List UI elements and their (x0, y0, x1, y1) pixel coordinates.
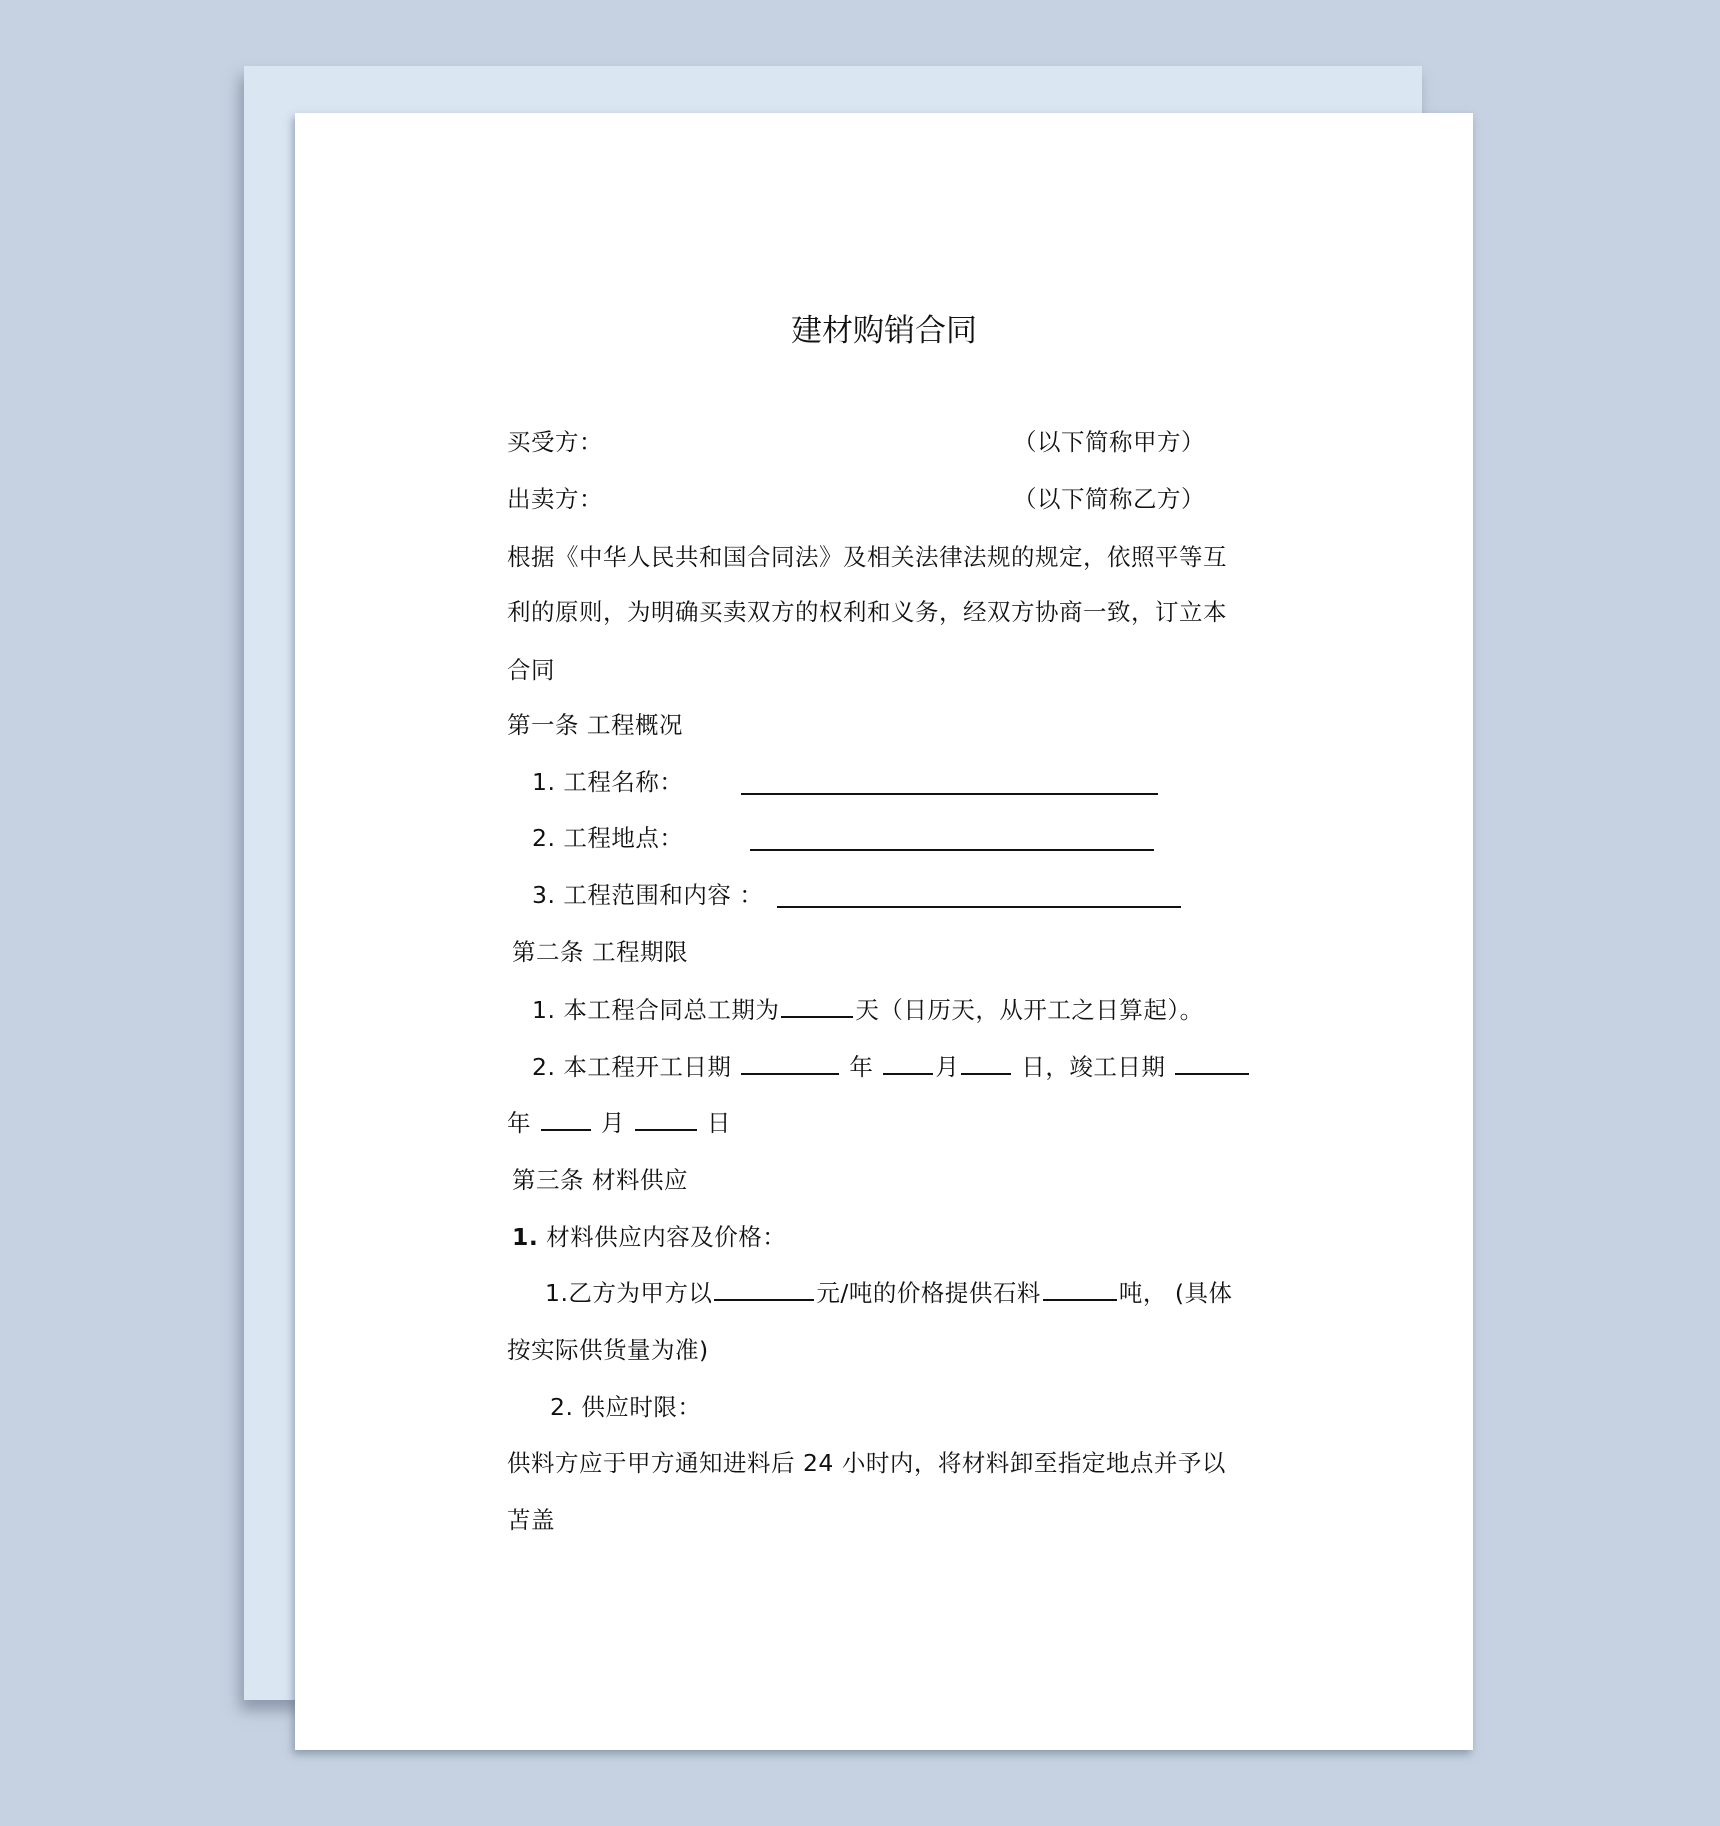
article-3-sub-1-item: 1.乙方为甲方以元/吨的价格提供石料吨， (具体 (545, 1276, 1232, 1310)
article-1-heading: 第一条 工程概况 (507, 708, 683, 742)
unit-price-blank[interactable] (714, 1277, 814, 1301)
article-2-heading: 第二条 工程期限 (512, 935, 688, 969)
preamble-line-1: 根据《中华人民共和国合同法》及相关法律法规的规定，依照平等互 (507, 540, 1227, 574)
article-1-item-2: 2. 工程地点： (532, 821, 683, 855)
supply-time-text-1: 供料方应于甲方通知进料后 24 小时内，将材料卸至指定地点并予以 (507, 1446, 1226, 1480)
buyer-label: 买受方： (507, 425, 603, 459)
day-label: 日 (707, 1109, 731, 1137)
item-prefix: 本工程合同总工期为 (563, 996, 779, 1024)
month-label: 月 (935, 1053, 959, 1081)
year-label: 年 (507, 1109, 531, 1137)
item-number: 2. (532, 1053, 555, 1081)
document-title: 建材购销合同 (295, 311, 1473, 351)
item-label: 工程范围和内容 ： (563, 881, 763, 909)
buyer-alias: （以下简称甲方） (1013, 425, 1205, 459)
item-label: 工程名称： (563, 768, 683, 796)
project-location-blank[interactable] (750, 849, 1154, 851)
quantity-blank[interactable] (1043, 1277, 1117, 1301)
preamble-line-2: 利的原则，为明确买卖双方的权利和义务，经双方协商一致，订立本 (507, 595, 1227, 629)
item-number: 2. (550, 1393, 573, 1421)
year-label: 年 (849, 1053, 873, 1081)
item-number: 3. (532, 881, 555, 909)
end-year-blank[interactable] (1175, 1051, 1249, 1075)
start-year-blank[interactable] (741, 1051, 839, 1075)
article-2-item-2-continued: 年 月 日 (507, 1106, 731, 1140)
item-suffix: 天（日历天，从开工之日算起）。 (855, 996, 1203, 1024)
item-number: 1. (545, 1279, 568, 1307)
item-number: 1. (512, 1223, 538, 1251)
item-middle: 元/吨的价格提供石料 (816, 1279, 1040, 1307)
article-2-item-1: 1. 本工程合同总工期为天（日历天，从开工之日算起）。 (532, 993, 1204, 1027)
article-3-heading: 第三条 材料供应 (512, 1163, 688, 1197)
seller-alias: （以下简称乙方） (1013, 482, 1205, 516)
item-suffix: 吨， (具体 (1119, 1279, 1233, 1307)
preamble-line-3: 合同 (507, 653, 555, 687)
project-name-blank[interactable] (741, 793, 1158, 795)
project-scope-blank[interactable] (777, 906, 1181, 908)
completion-date-label: 日，竣工日期 (1021, 1053, 1165, 1081)
month-label: 月 (601, 1109, 625, 1137)
article-2-item-2: 2. 本工程开工日期 年 月 日，竣工日期 (532, 1050, 1251, 1084)
article-1-item-1: 1. 工程名称： (532, 765, 683, 799)
seller-label: 出卖方： (507, 482, 603, 516)
document-page: 建材购销合同 买受方： （以下简称甲方） 出卖方： （以下简称乙方） 根据《中华… (295, 113, 1473, 1750)
item-number: 1. (532, 996, 555, 1024)
item-prefix: 乙方为甲方以 (568, 1279, 712, 1307)
item-number: 2. (532, 824, 555, 852)
item-label: 工程地点： (563, 824, 683, 852)
supply-time-text-2: 苫盖 (507, 1503, 555, 1537)
item-prefix: 本工程开工日期 (563, 1053, 731, 1081)
end-day-blank[interactable] (635, 1107, 697, 1131)
duration-days-blank[interactable] (781, 994, 853, 1018)
article-1-item-3: 3. 工程范围和内容 ： (532, 878, 763, 912)
item-label: 材料供应内容及价格： (546, 1223, 786, 1251)
start-day-blank[interactable] (961, 1051, 1011, 1075)
end-month-blank[interactable] (541, 1107, 591, 1131)
article-3-sub-1-continuation: 按实际供货量为准) (507, 1333, 709, 1367)
item-number: 1. (532, 768, 555, 796)
article-3-sub-2: 2. 供应时限： (550, 1390, 701, 1424)
item-label: 供应时限： (581, 1393, 701, 1421)
article-3-sub-1: 1. 材料供应内容及价格： (512, 1220, 786, 1254)
start-month-blank[interactable] (883, 1051, 933, 1075)
